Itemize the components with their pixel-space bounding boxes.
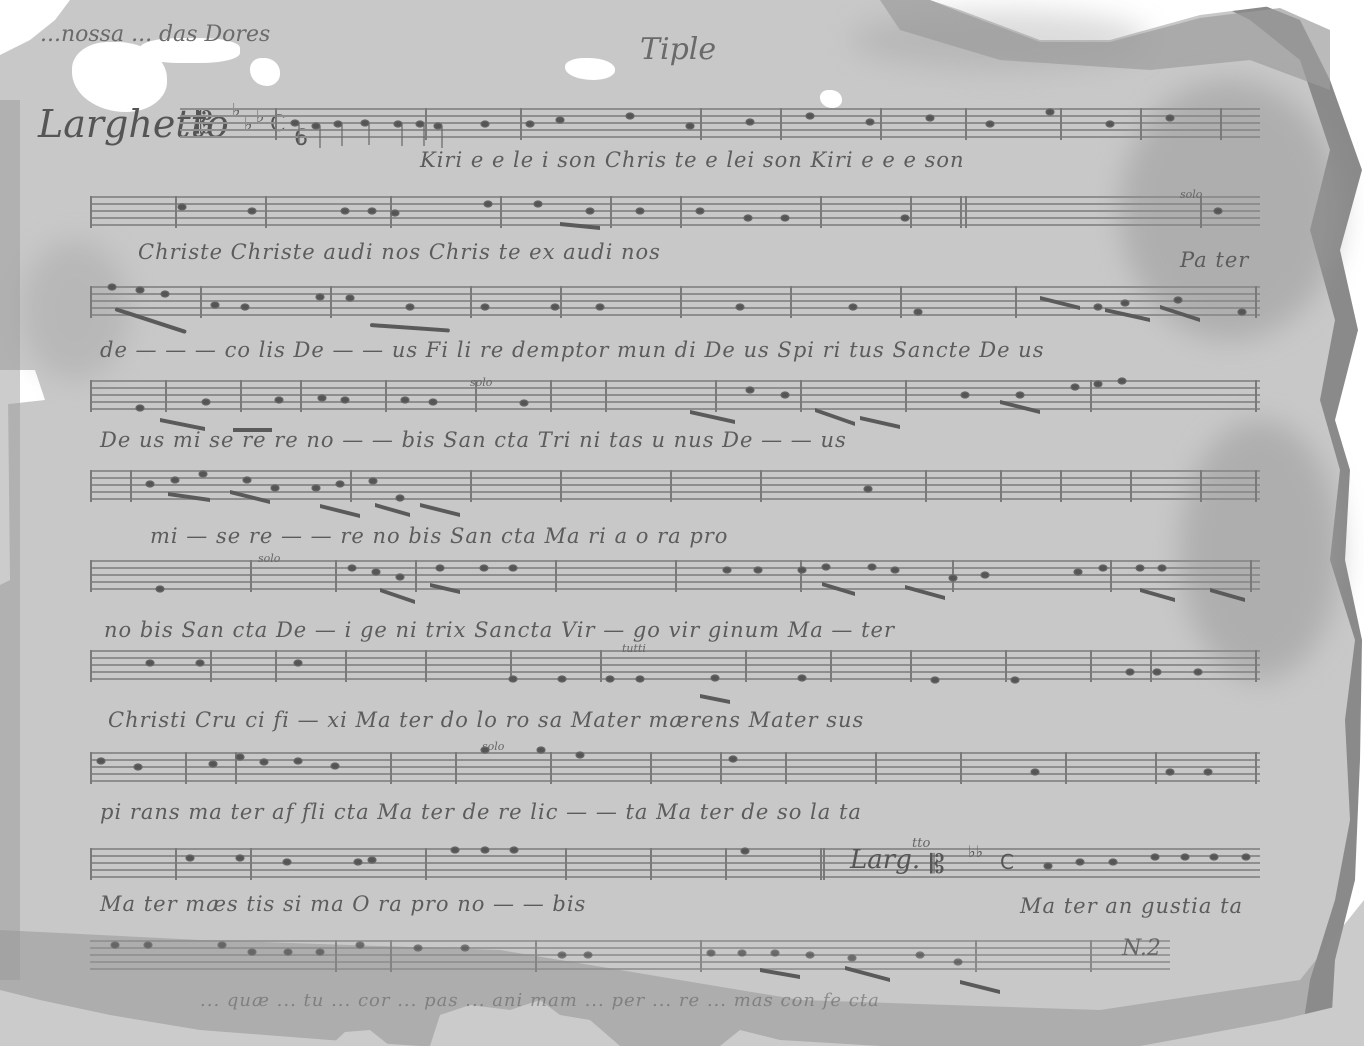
notes-staff-1 <box>291 109 1174 148</box>
music-notes-layer <box>0 0 1364 1046</box>
notes-staff-6 <box>156 564 1166 592</box>
notes-staff-10 <box>111 942 962 965</box>
notes-staff-9 <box>186 847 1250 869</box>
notes-staff-3 <box>108 284 1246 315</box>
notes-staff-7 <box>146 660 1202 683</box>
beams <box>160 222 1245 994</box>
notes-staff-8 <box>97 747 1212 775</box>
notes-staff-2 <box>178 201 1222 221</box>
manuscript-page: ...nossa ... das Dores Tiple Larghetto 𝄡… <box>0 0 1364 1046</box>
notes-staff-4 <box>136 378 1126 411</box>
